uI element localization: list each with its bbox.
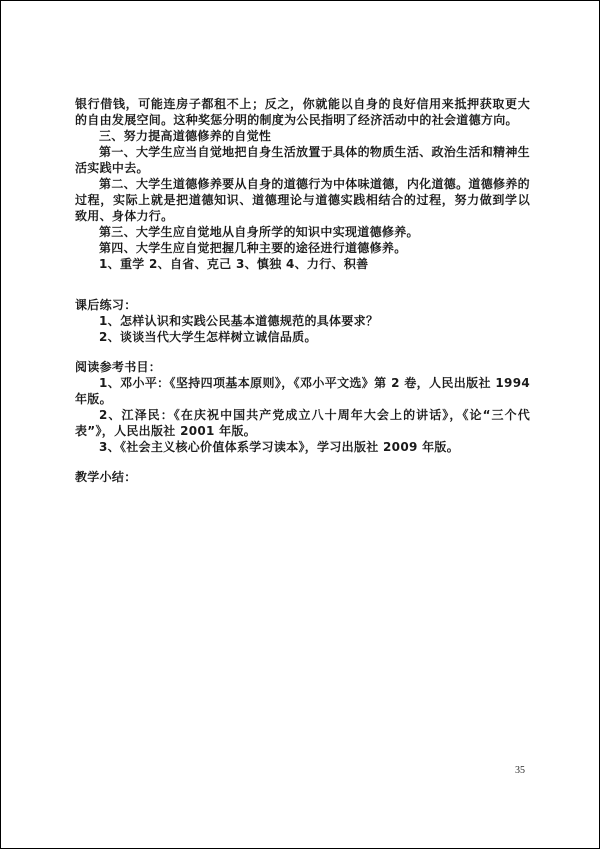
paragraph-credit-text: 银行借钱，可能连房子都租不上；反之，你就能以自身的良好信用来抵押获取更大的自由发… bbox=[75, 96, 530, 128]
page-body: 银行借钱，可能连房子都租不上；反之，你就能以自身的良好信用来抵押获取更大的自由发… bbox=[75, 96, 530, 485]
heading-teaching-summary: 教学小结： bbox=[75, 469, 530, 485]
reading-item-2: 2、江泽民：《在庆祝中国共产党成立八十周年大会上的讲话》，《论“三个代表”》，人… bbox=[75, 407, 530, 439]
paragraph-methods-list: 1、重学 2、自省、克己 3、慎独 4、力行、积善 bbox=[75, 256, 530, 272]
heading-reading-list: 阅读参考书目： bbox=[75, 359, 530, 375]
homework-item-2: 2、谈谈当代大学生怎样树立诚信品质。 bbox=[75, 329, 530, 345]
document-page: { "doc": { "page_number": "35", "paragra… bbox=[0, 0, 600, 849]
paragraph-fourth-point: 第四、大学生应自觉把握几种主要的途径进行道德修养。 bbox=[75, 240, 530, 256]
homework-item-1: 1、怎样认识和实践公民基本道德规范的具体要求？ bbox=[75, 313, 530, 329]
paragraph-second-point: 第二、大学生道德修养要从自身的道德行为中体味道德，内化道德。道德修养的过程，实际… bbox=[75, 176, 530, 224]
page-number: 35 bbox=[510, 765, 530, 776]
heading-homework: 课后练习： bbox=[75, 297, 530, 313]
paragraph-first-point: 第一、大学生应当自觉地把自身生活放置于具体的物质生活、政治生活和精神生活实践中去… bbox=[75, 144, 530, 176]
reading-item-1: 1、邓小平：《坚持四项基本原则》，《邓小平文选》第 2 卷，人民出版社 1994… bbox=[75, 375, 530, 407]
heading-section-three: 三、努力提高道德修养的自觉性 bbox=[75, 128, 530, 144]
paragraph-third-point: 第三、大学生应自觉地从自身所学的知识中实现道德修养。 bbox=[75, 224, 530, 240]
reading-item-3: 3、《社会主义核心价值体系学习读本》，学习出版社 2009 年版。 bbox=[75, 439, 530, 455]
